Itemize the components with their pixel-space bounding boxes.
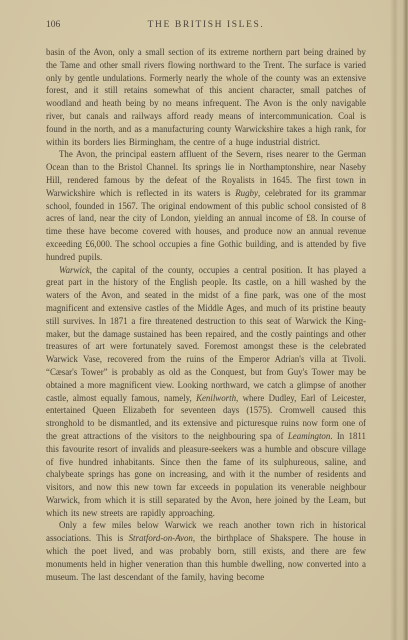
page-content: 106 THE BRITISH ISLES. basin of the Avon…	[46, 20, 366, 583]
paragraph: Only a few miles below Warwick we reach …	[46, 519, 366, 583]
italic-term: Stratford-on-Avon	[129, 533, 193, 543]
italic-term: Rugby	[235, 188, 258, 198]
scanned-book-page: { "colors": { "paper": "#d3c6a4", "ink":…	[0, 0, 408, 640]
page-edge-shadow	[390, 0, 408, 640]
page-header: 106 THE BRITISH ISLES.	[46, 20, 366, 34]
text-run: , the capital of the county, occupies a …	[46, 265, 366, 403]
italic-term: Kenilworth	[196, 393, 236, 403]
text-run: , celebrated for its grammar school, fou…	[46, 188, 366, 262]
paragraph: Warwick, the capital of the county, occu…	[46, 264, 366, 520]
running-title: THE BRITISH ISLES.	[46, 20, 366, 30]
text-run: . In 1811 this favourite resort of inval…	[46, 431, 366, 518]
page-body: basin of the Avon, only a small section …	[46, 46, 366, 583]
page-number: 106	[46, 20, 60, 30]
text-run: basin of the Avon, only a small section …	[46, 47, 366, 147]
paragraph: The Avon, the principal eastern affluent…	[46, 148, 366, 263]
paragraph: basin of the Avon, only a small section …	[46, 46, 366, 148]
italic-term: Warwick	[59, 265, 90, 275]
italic-term: Leamington	[288, 431, 330, 441]
